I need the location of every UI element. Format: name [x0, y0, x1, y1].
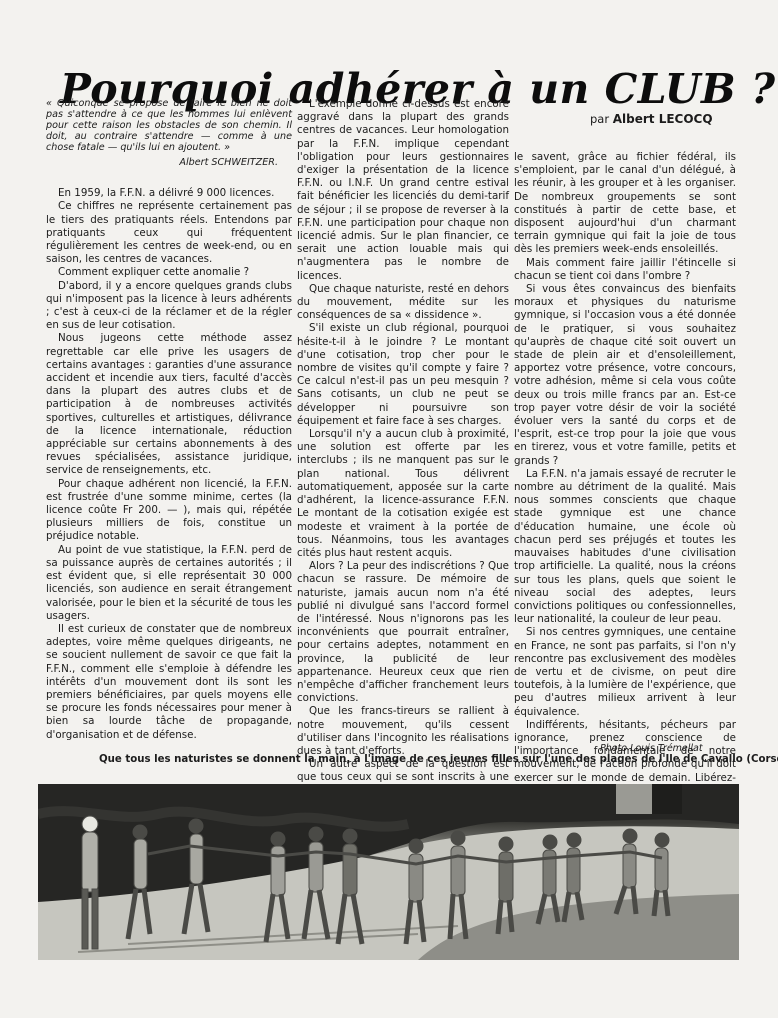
paragraph: Nous jugeons cette méthode assez regrett…: [46, 332, 292, 477]
paragraph: Comment expliquer cette anomalie ?: [46, 266, 292, 279]
paragraph: Au point de vue statistique, la F.F.N. p…: [46, 544, 292, 623]
byline: par Albert LECOCQ: [590, 112, 713, 126]
epigraph-author: Albert SCHWEITZER.: [46, 156, 278, 169]
paragraph: Alors ? La peur des indiscrétions ? Que …: [297, 560, 509, 705]
paragraph: Pour chaque adhérent non licencié, la F.…: [46, 478, 292, 544]
beach-photo: [38, 784, 739, 960]
byline-prefix: par: [590, 112, 609, 126]
paragraph: S'il existe un club régional, pourquoi h…: [297, 322, 509, 428]
paragraph: le savent, grâce au fichier fédéral, ils…: [514, 151, 736, 257]
byline-author: Albert LECOCQ: [613, 112, 713, 126]
photo-caption: Que tous les naturistes se donnent la ma…: [99, 754, 778, 765]
photo-illustration: [38, 784, 739, 960]
paragraph: L'exemple donné ci-dessus est encore agg…: [297, 98, 509, 283]
paragraph: Lorsqu'il n'y a aucun club à proximité, …: [297, 428, 509, 560]
paragraph: Ce chiffres ne représente certainement p…: [46, 200, 292, 266]
paragraph: Il est curieux de constater que de nombr…: [46, 623, 292, 742]
paragraph: Que les francs-tireurs se rallient à not…: [297, 705, 509, 758]
paragraph: Que chaque naturiste, resté en dehors du…: [297, 283, 509, 323]
magazine-page: Pourquoi adhérer à un CLUB ? par Albert …: [0, 0, 778, 1018]
paragraph: La F.F.N. n'a jamais essayé de recruter …: [514, 468, 736, 626]
paragraph: Si vous êtes convaincus des bienfaits mo…: [514, 283, 736, 468]
paragraph: Si nos centres gymniques, une centaine e…: [514, 626, 736, 718]
paragraph: D'abord, il y a encore quelques grands c…: [46, 280, 292, 333]
article-column-3: le savent, grâce au fichier fédéral, ils…: [514, 151, 736, 811]
article-column-1: « Quiconque se propose de faire le bien …: [46, 98, 292, 742]
epigraph-quote: « Quiconque se propose de faire le bien …: [46, 98, 292, 153]
photo-credit: Photo Louis Trémellat: [600, 743, 703, 754]
paragraph: En 1959, la F.F.N. a délivré 9 000 licen…: [46, 187, 292, 200]
paragraph: Mais comment faire jaillir l'étincelle s…: [514, 257, 736, 283]
article-column-2: L'exemple donné ci-dessus est encore agg…: [297, 98, 509, 864]
